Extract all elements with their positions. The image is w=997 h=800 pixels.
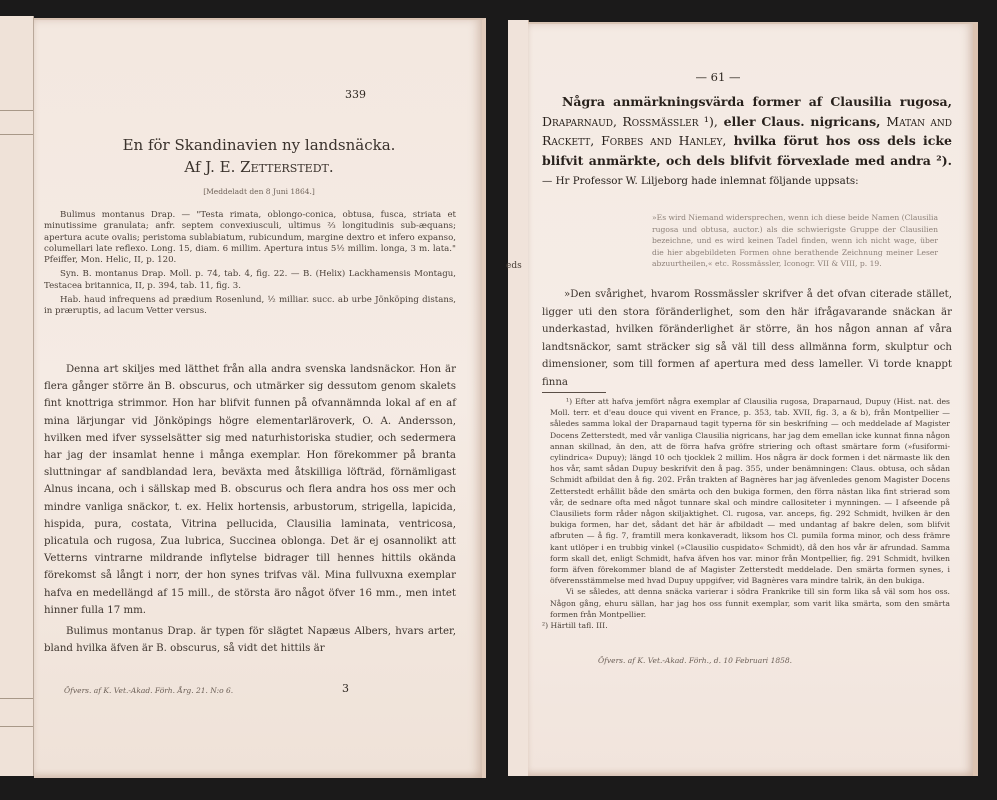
page-number: — 61 — [658,70,778,84]
left-page-stack-edge [0,16,34,776]
article-title: En för Skandinavien ny landsnäcka. [74,136,444,154]
footnote-continued: Vi se således, att denna snäcka varierar… [550,586,950,620]
page-number: 339 [345,88,366,101]
heading-tail: — Hr Professor W. Liljeborg hade inlemna… [542,175,859,187]
footnotes: ¹) Efter att hafva jemfört några exempla… [550,396,950,631]
signature-mark: 3 [342,682,349,695]
journal-footer: Öfvers. af K. Vet.-Akad. Förh. Årg. 21. … [64,686,233,695]
footnote: ²) Härtill tafl. III. [542,620,950,631]
heading-authors: Draparnaud, Rossmässler ¹), [542,114,718,129]
footnote-separator [542,392,606,393]
author-name: Zetterstedt. [240,158,333,176]
communicated-date: [Meddeladt den 8 Juni 1864.] [74,187,444,196]
paragraph: »Den svårighet, hvarom Rossmässler skrif… [542,286,952,391]
paragraph: Bulimus montanus Drap. är typen för släg… [44,623,456,657]
diagnosis: Bulimus montanus Drap. — "Testa rimata, … [44,210,456,266]
journal-footer: Öfvers. af K. Vet.-Akad. Förh., d. 10 Fe… [598,656,792,665]
body-text: »Den svårighet, hvarom Rossmässler skrif… [542,286,952,391]
author-prefix: Af J. E. [184,158,235,176]
page-edge-line [0,698,33,699]
body-text: Denna art skiljes med lätthet från alla … [44,361,456,657]
bleed-through-fragment: eds [506,261,522,271]
heading-part: eller Claus. nigricans, [724,114,881,129]
habitat: Hab. haud infrequens ad prædium Rosenlun… [44,295,456,318]
diagnosis-block: Bulimus montanus Drap. — "Testa rimata, … [44,210,456,318]
right-page: — 61 — Några anmärkningsvärda former af … [528,22,978,776]
paragraph: Denna art skiljes med lätthet från alla … [44,361,456,619]
page-edge-line [0,134,33,135]
page-edge-line [0,726,33,727]
article-author: Af J. E. Zetterstedt. [74,158,444,176]
german-quote: »Es wird Niemand widersprechen, wenn ich… [652,212,938,270]
right-page-stack-edge: eds [508,20,529,776]
heading-part: Några anmärkningsvärda former af Clausil… [542,94,952,109]
footnote: ¹) Efter att hafva jemfört några exempla… [550,396,950,586]
synonymy: Syn. B. montanus Drap. Moll. p. 74, tab.… [44,269,456,292]
left-page: 339 En för Skandinavien ny landsnäcka. A… [34,18,486,778]
article-heading: Några anmärkningsvärda former af Clausil… [542,92,952,192]
page-edge-line [0,110,33,111]
